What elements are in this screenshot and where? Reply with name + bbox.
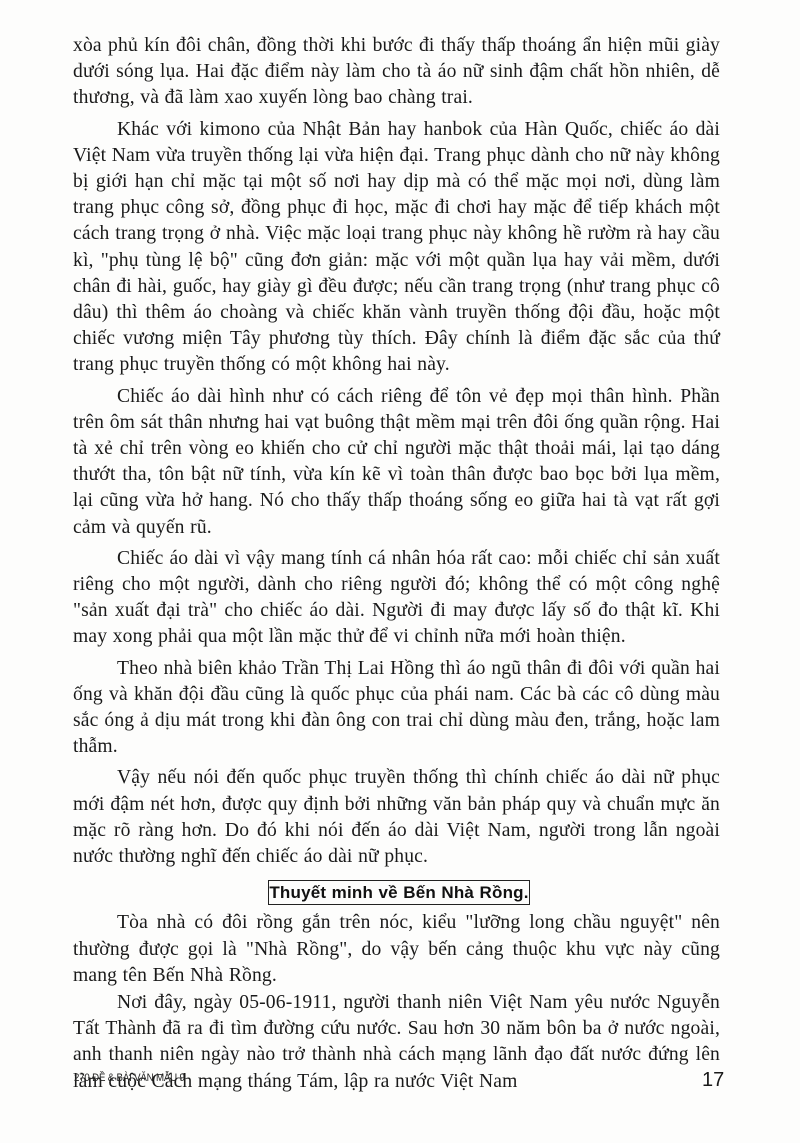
page-body: xòa phủ kín đôi chân, đồng thời khi bước… bbox=[73, 33, 720, 1096]
paragraph-ao-dai-modern: Khác với kimono của Nhật Bản hay hanbok … bbox=[73, 117, 720, 379]
section-heading: Thuyết minh về Bến Nhà Rồng. bbox=[268, 880, 530, 905]
paragraph-ao-dai-continued: xòa phủ kín đôi chân, đồng thời khi bước… bbox=[73, 33, 720, 112]
section-heading-container: Thuyết minh về Bến Nhà Rồng. bbox=[73, 880, 720, 907]
page-number: 17 bbox=[702, 1069, 724, 1092]
paragraph-ao-dai-conclusion: Vậy nếu nói đến quốc phục truyền thống t… bbox=[73, 765, 720, 870]
paragraph-ao-dai-shape: Chiếc áo dài hình như có cách riêng để t… bbox=[73, 384, 720, 541]
paragraph-nha-rong-name: Tòa nhà có đôi rồng gắn trên nóc, kiểu "… bbox=[73, 910, 720, 989]
footer-book-title: 270 ĐỀ & BÀI VĂN MẪU 9 bbox=[74, 1072, 185, 1084]
paragraph-ao-dai-tailoring: Chiếc áo dài vì vậy mang tính cá nhân hó… bbox=[73, 546, 720, 651]
paragraph-ao-dai-men: Theo nhà biên khảo Trần Thị Lai Hồng thì… bbox=[73, 656, 720, 761]
